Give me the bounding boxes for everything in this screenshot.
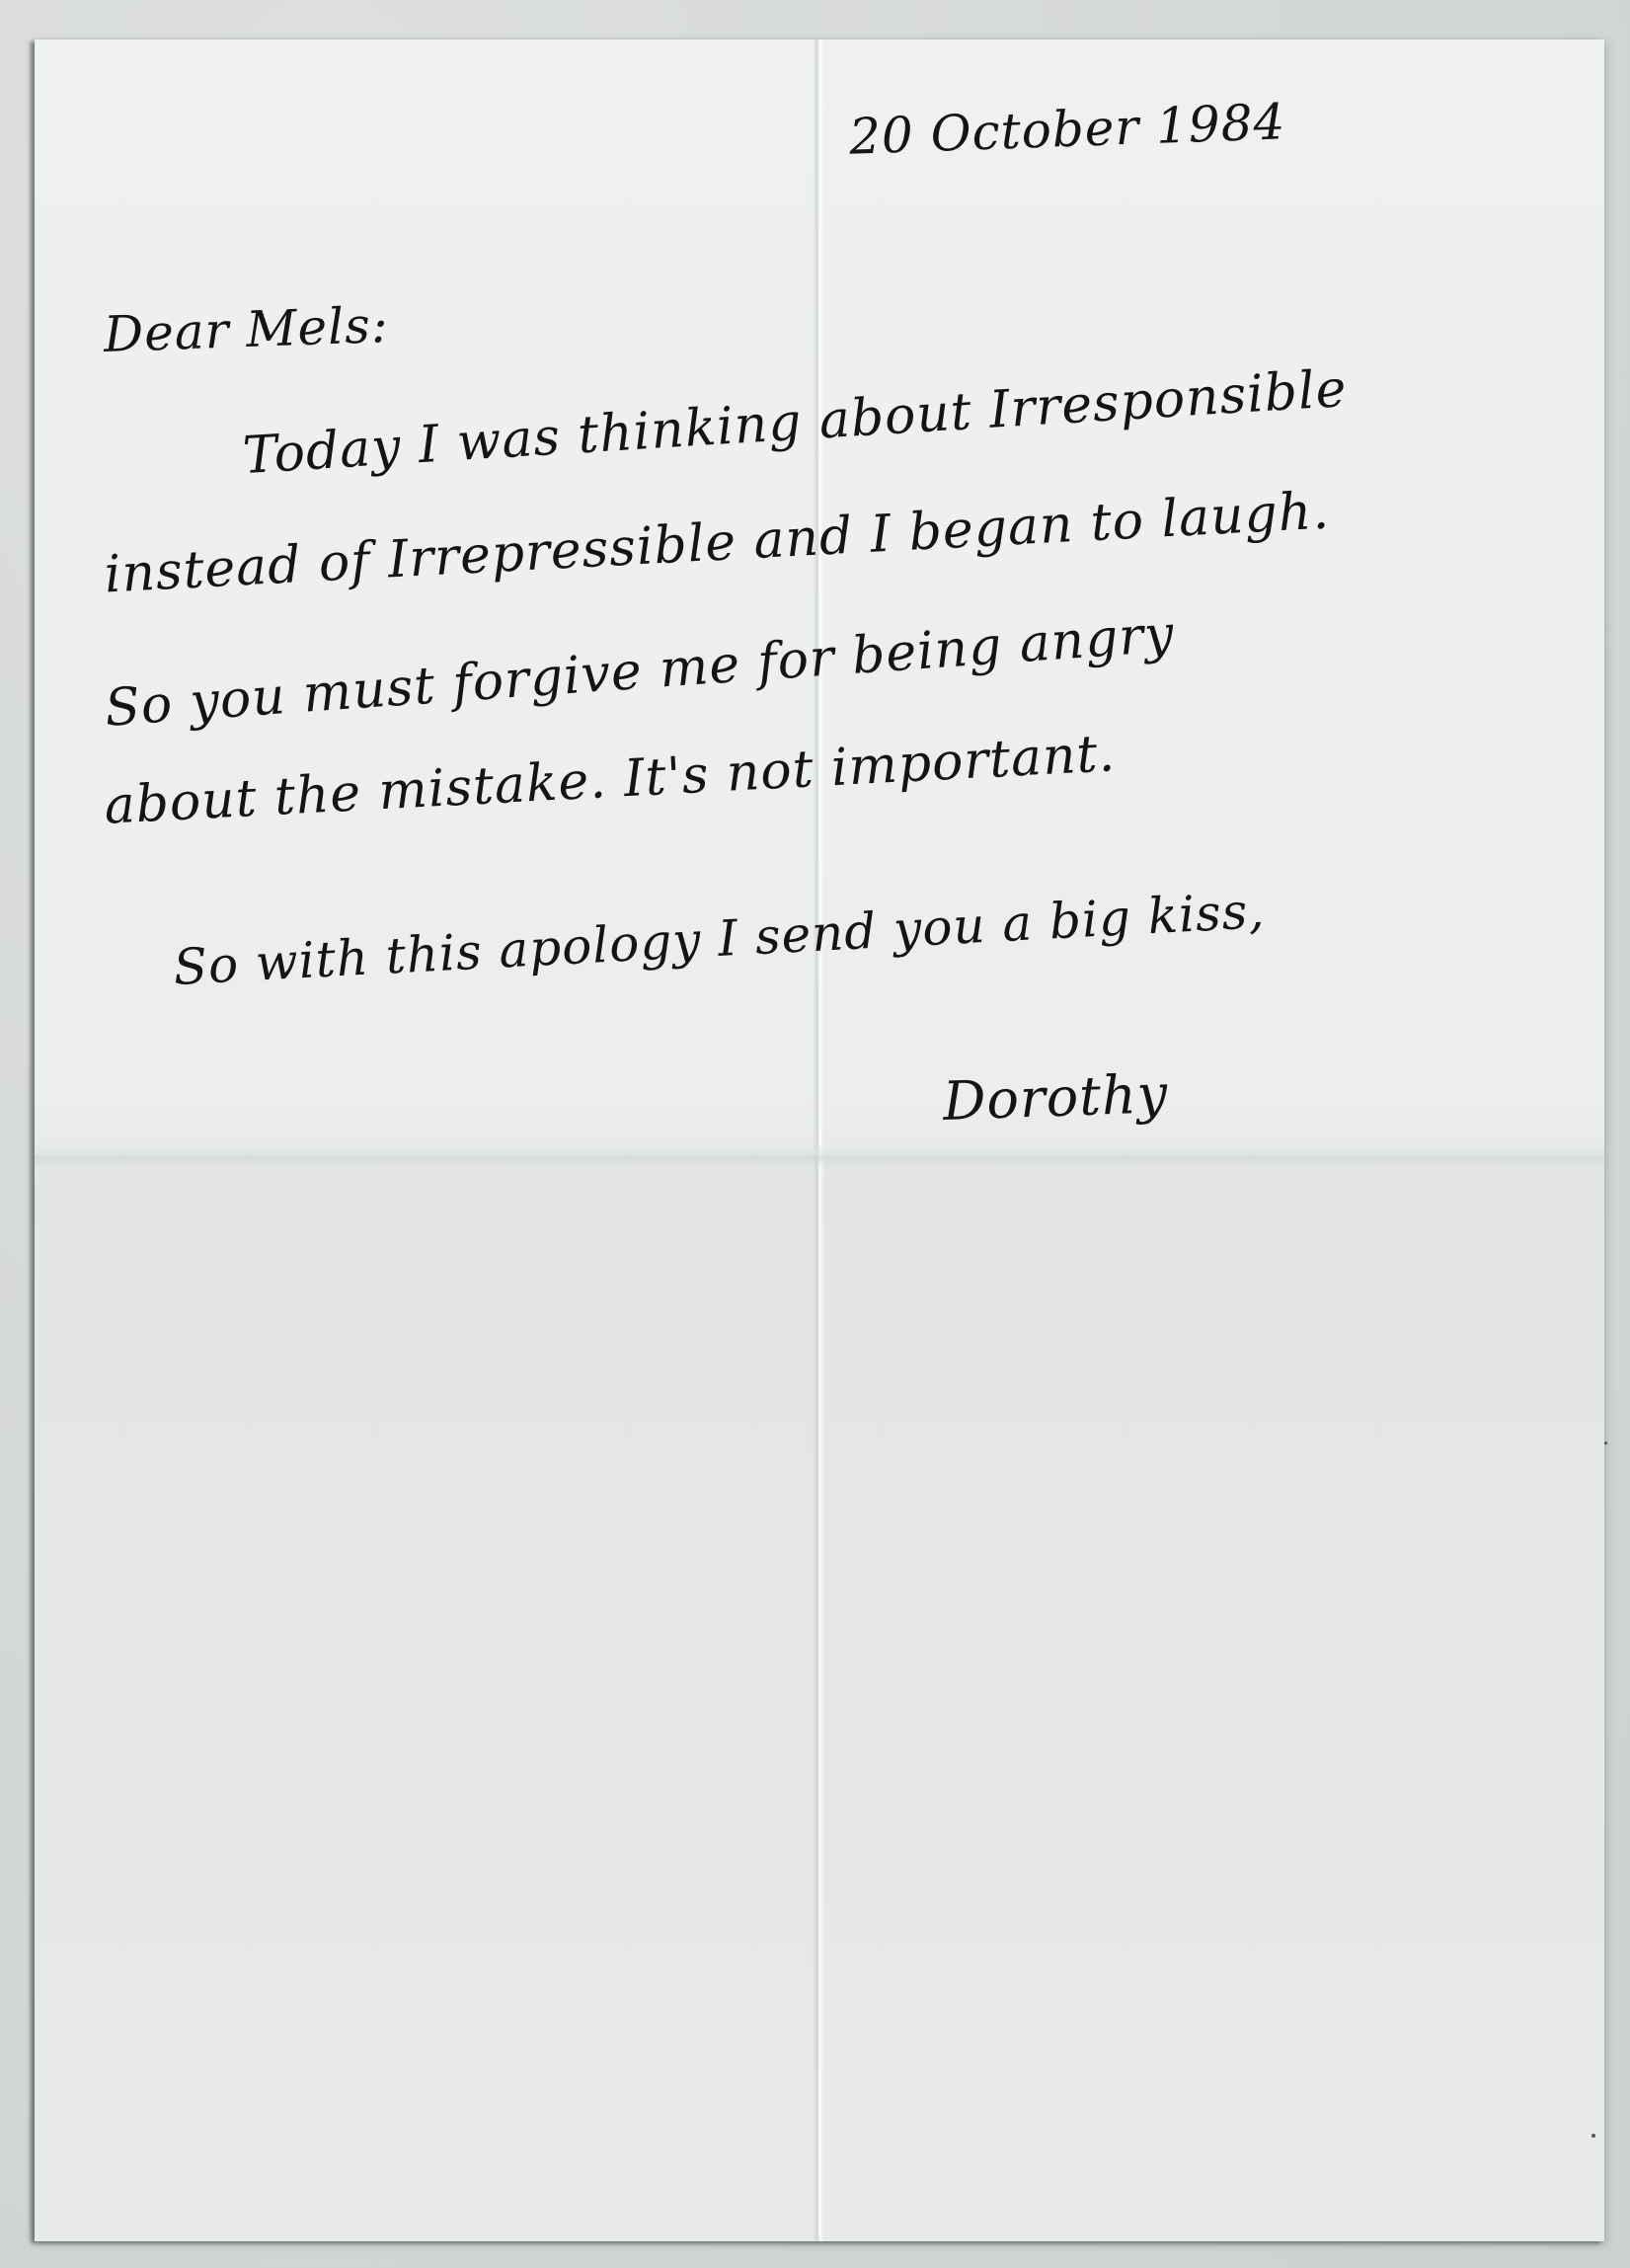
horizontal-fold-crease [35, 1143, 1604, 1169]
letter-salutation: Dear Mels: [103, 296, 389, 363]
dust-speck [1604, 1442, 1607, 1445]
letter-signature: Dorothy [942, 1062, 1169, 1133]
letter-sheet: 20 October 1984 Dear Mels: Today I was t… [35, 39, 1604, 2241]
dust-speck [1591, 2134, 1595, 2138]
letter-date: 20 October 1984 [848, 93, 1286, 165]
letter-body-line: So you must forgive me for being angry [103, 604, 1176, 739]
letter-body-line: Today I was thinking about Irresponsible [241, 359, 1349, 486]
vertical-fold-crease [813, 39, 826, 2241]
letter-closing: So with this apology I send you a big ki… [172, 882, 1266, 996]
letter-body-line: about the mistake. It's not important. [103, 724, 1117, 836]
letter-body-line: instead of Irrepressible and I began to … [103, 482, 1331, 605]
